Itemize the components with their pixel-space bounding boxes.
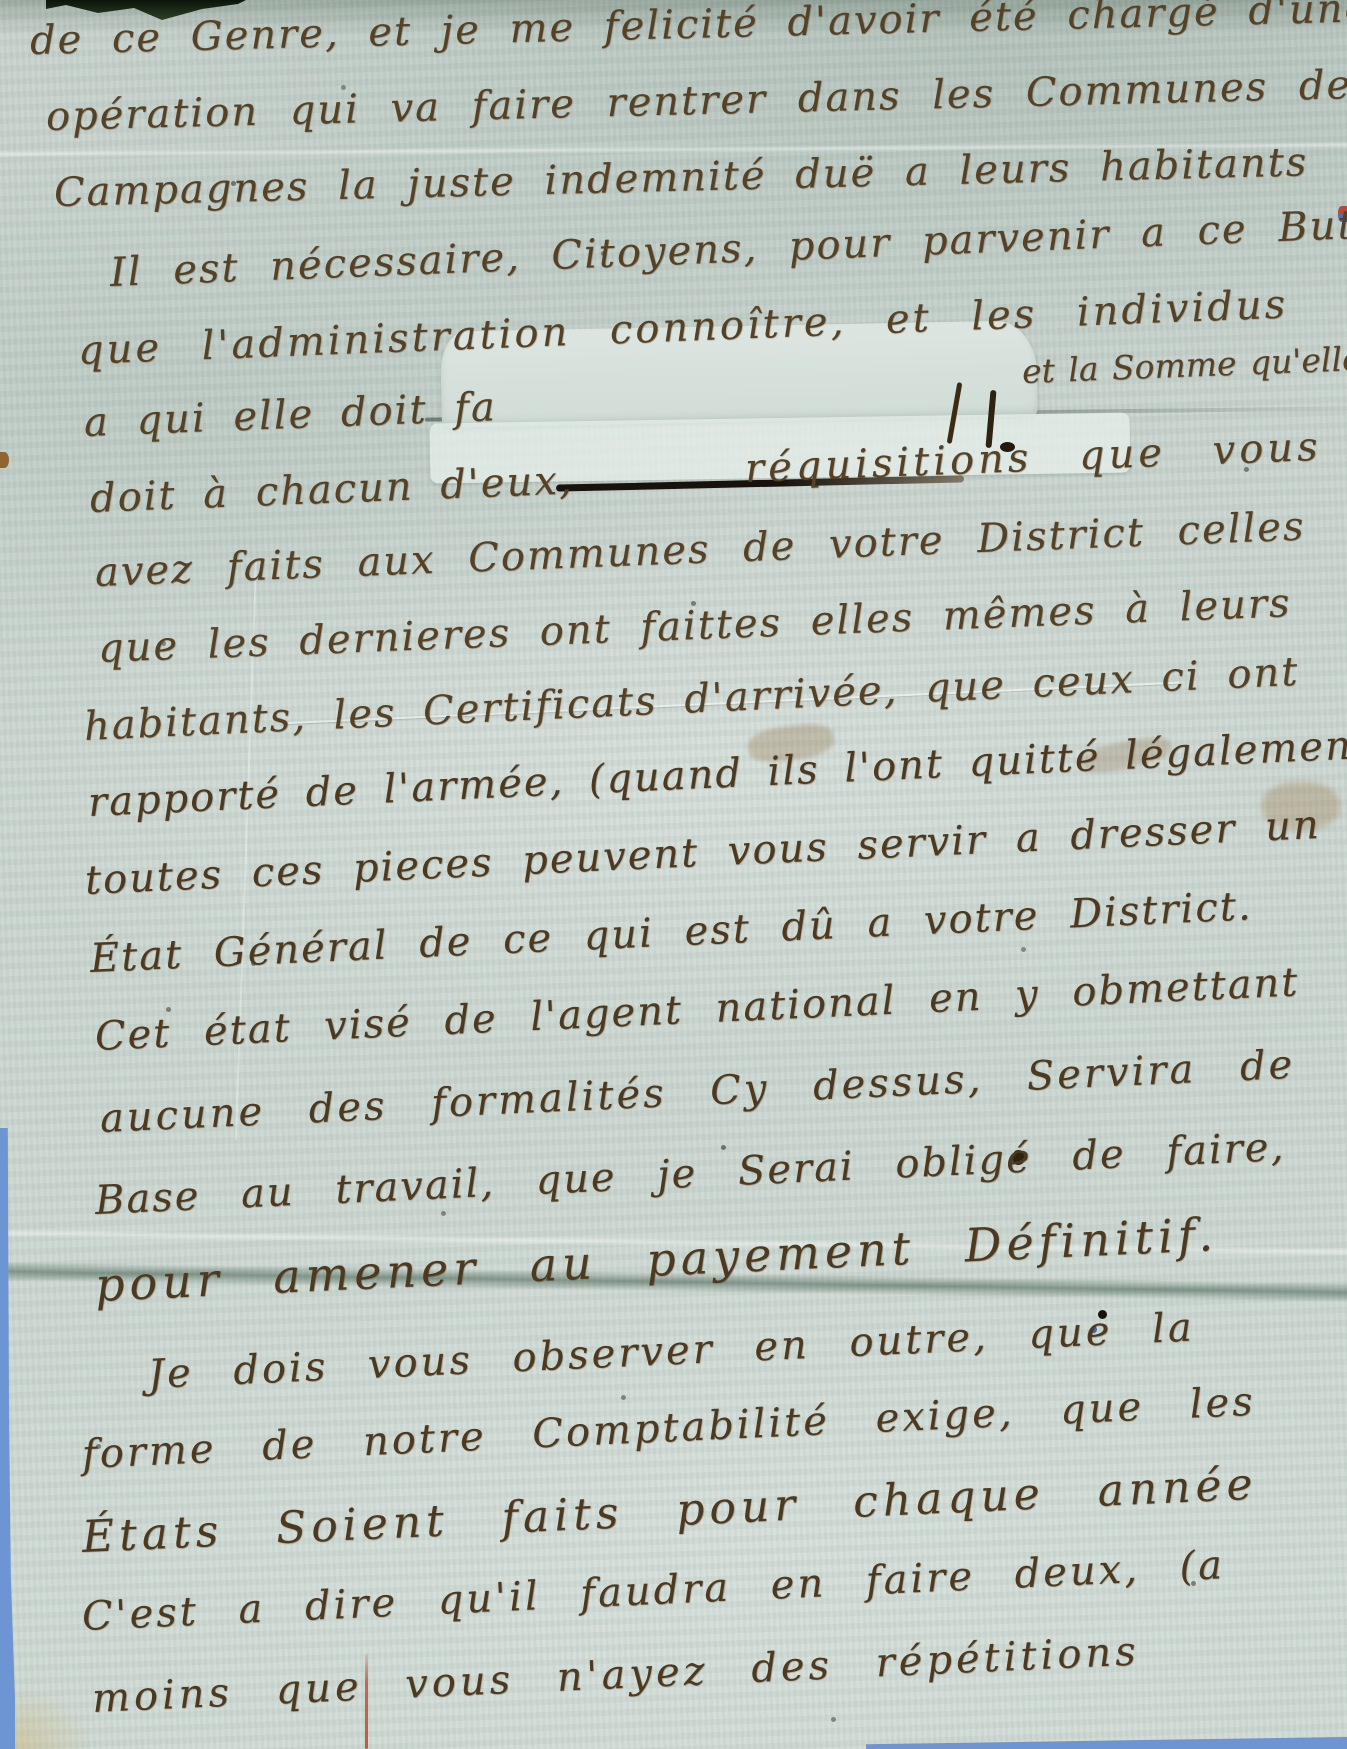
- handwritten-line: aucune des formalités Cy dessus, Servira…: [99, 1042, 1296, 1142]
- handwritten-line: Base au travail, que je Serai obligé de …: [94, 1124, 1286, 1224]
- handwritten-line: de ce Genre, et je me felicité d'avoir é…: [29, 0, 1347, 64]
- handwritten-line: avez faits aux Communes de votre Distric…: [94, 504, 1306, 596]
- handwritten-line: moins que vous n'ayez des répétitions: [91, 1628, 1141, 1722]
- handwritten-line: État Général de ce qui est dû a votre Di…: [89, 883, 1253, 982]
- handwritten-line: doit à chacun d'eux,: [89, 457, 574, 522]
- handwritten-line: pour amener au payement Définitif.: [94, 1207, 1219, 1312]
- handwritten-line: Campagnes la juste indemnité duë a leurs…: [53, 139, 1308, 216]
- handwritten-line: Il est nécessaire, Citoyens, pour parven…: [109, 202, 1347, 296]
- scan-background-bottom: [866, 1737, 1347, 1749]
- handwritten-line: C'est a dire qu'il faudra en faire deux,…: [81, 1542, 1226, 1640]
- handwritten-line: forme de notre Comptabilité exige, que l…: [81, 1379, 1257, 1478]
- handwritten-line: Je dois vous observer en outre, que la: [147, 1305, 1196, 1398]
- red-margin-line: [365, 1654, 368, 1749]
- handwritten-line: opération qui va faire rentrer dans les …: [45, 62, 1347, 140]
- handwritten-line: Cet état visé de l'agent national en y o…: [94, 959, 1300, 1060]
- letter-page: de ce Genre, et je me felicité d'avoir é…: [0, 0, 1347, 1749]
- ink-spot: [0, 452, 9, 468]
- ink-specks: [0, 0, 3, 3]
- handwritten-line: et la Somme qu'elle: [1021, 339, 1347, 391]
- scan-background-left: [0, 1128, 15, 1749]
- handwritten-line: États Soient faits pour chaque année: [81, 1459, 1259, 1563]
